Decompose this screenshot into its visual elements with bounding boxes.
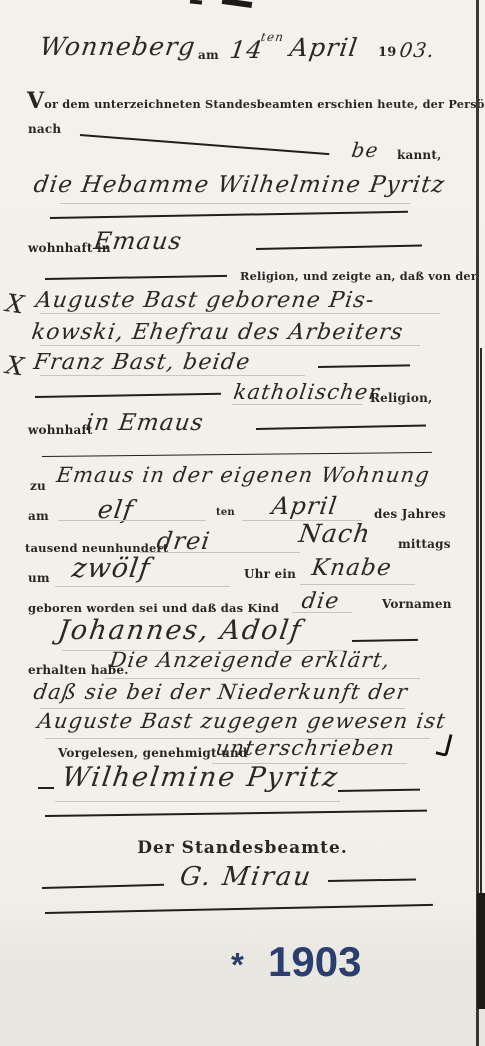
nach-label: nach xyxy=(28,122,61,136)
entry-rule xyxy=(35,393,221,398)
torn-edge-mark xyxy=(222,0,253,8)
year-written: 03. xyxy=(398,38,437,62)
declaration-line2: daß sie bei der Niederkunft der xyxy=(32,680,410,704)
pen-dash xyxy=(42,884,164,889)
baseline-rule xyxy=(55,801,340,802)
binding-edge-inner xyxy=(480,348,482,908)
wohnhaft-label: wohnhaft xyxy=(28,423,93,437)
pen-dash xyxy=(328,878,416,882)
unterschrieben-entry: unterschrieben xyxy=(214,736,397,760)
record-month: April xyxy=(288,33,360,62)
entry-rule xyxy=(50,211,408,219)
mother-entry-line1: Auguste Bast geborene Pis- xyxy=(34,288,376,313)
declarant-signature: Wilhelmine Pyritz xyxy=(60,762,341,793)
binding-shadow xyxy=(477,893,485,1009)
mother-residence: in Emaus xyxy=(84,410,206,436)
birth-year-entry: drei xyxy=(155,527,212,555)
baseline-rule xyxy=(105,678,420,679)
registrar-heading: Der Standesbeamte. xyxy=(55,838,430,858)
daytime-entry: Nach xyxy=(297,519,373,548)
hour-entry: zwölf xyxy=(70,553,153,584)
intro-line: Vor dem unterzeichneten Standesbeamten e… xyxy=(27,88,485,114)
declaration-line3: Auguste Bast zugegen gewesen ist xyxy=(36,709,448,733)
entry-rule xyxy=(256,245,422,250)
religion-label: Religion, xyxy=(370,391,432,405)
margin-x-mark: X xyxy=(4,288,27,319)
baseline-rule xyxy=(40,375,305,376)
vornamen-label: Vornamen xyxy=(382,597,452,611)
section-rule xyxy=(42,452,432,457)
margin-x-mark: X xyxy=(4,350,27,381)
section-rule xyxy=(45,810,427,817)
record-day: 14 xyxy=(228,36,265,64)
handwritten-be: be xyxy=(350,138,380,162)
pen-dash xyxy=(338,789,420,792)
pen-dash xyxy=(352,639,418,642)
entry-rule xyxy=(256,424,426,430)
birth-month-entry: April xyxy=(270,492,339,520)
am-label: am xyxy=(198,48,219,62)
um-label: um xyxy=(28,571,50,585)
mother-religion-entry: katholischer xyxy=(232,380,382,404)
uhr-ein-label: Uhr ein xyxy=(244,567,296,581)
intro-text: or dem unterzeichneten Standesbeamten er… xyxy=(44,97,485,111)
article-entry: die xyxy=(300,589,341,614)
pen-dash xyxy=(38,787,54,789)
des-jahres-label: des Jahres xyxy=(374,507,446,521)
religion-notice: Religion, und zeigte an, daß von der xyxy=(240,269,477,283)
year-printed: 19 xyxy=(378,45,397,60)
annotation-year: 1903 xyxy=(268,938,361,986)
baseline-rule xyxy=(40,345,420,346)
child-names-entry: Johannes, Adolf xyxy=(56,615,304,646)
mittags-label: mittags xyxy=(398,537,451,551)
intro-initial: V xyxy=(27,88,44,114)
blank-stroke xyxy=(80,134,329,155)
am-label-2: am xyxy=(28,509,49,523)
mother-entry-line3: Franz Bast, beide xyxy=(32,350,252,375)
baseline-rule xyxy=(60,203,410,204)
entry-rule xyxy=(45,275,227,280)
baseline-rule xyxy=(40,313,440,314)
born-label: geboren worden sei und daß das Kind xyxy=(28,601,279,615)
binding-edge xyxy=(476,0,479,1046)
baseline-rule xyxy=(58,520,206,521)
kannt-label: kannt, xyxy=(397,148,441,162)
scanned-birth-record: Wonneberg am 14 ten April 19 03. Vor dem… xyxy=(0,0,485,1046)
baseline-rule xyxy=(300,584,415,585)
baseline-rule xyxy=(232,404,362,405)
declarant-residence: Emaus xyxy=(92,227,184,255)
pen-dash xyxy=(318,364,410,368)
torn-edge-mark xyxy=(190,0,202,5)
baseline-rule xyxy=(140,552,300,553)
baseline-rule xyxy=(55,586,230,587)
declarant-entry: die Hebamme Wilhelmine Pyritz xyxy=(32,172,447,198)
zu-label: zu xyxy=(30,479,46,493)
record-place: Wonneberg xyxy=(38,32,198,61)
annotation-asterisk: * xyxy=(231,946,244,984)
ten-label: ten xyxy=(216,507,235,518)
pen-mark xyxy=(435,732,452,757)
mother-entry-line2: kowski, Ehefrau des Arbeiters xyxy=(30,320,405,345)
declaration-line1: Die Anzeigende erklärt, xyxy=(108,648,392,672)
sex-entry: Knabe xyxy=(310,555,394,581)
birth-place-entry: Emaus in der eigenen Wohnung xyxy=(55,463,432,487)
record-day-suffix: ten xyxy=(260,30,285,44)
bottom-rule xyxy=(45,904,433,914)
registrar-signature: G. Mirau xyxy=(178,862,314,892)
baseline-rule xyxy=(292,612,352,613)
